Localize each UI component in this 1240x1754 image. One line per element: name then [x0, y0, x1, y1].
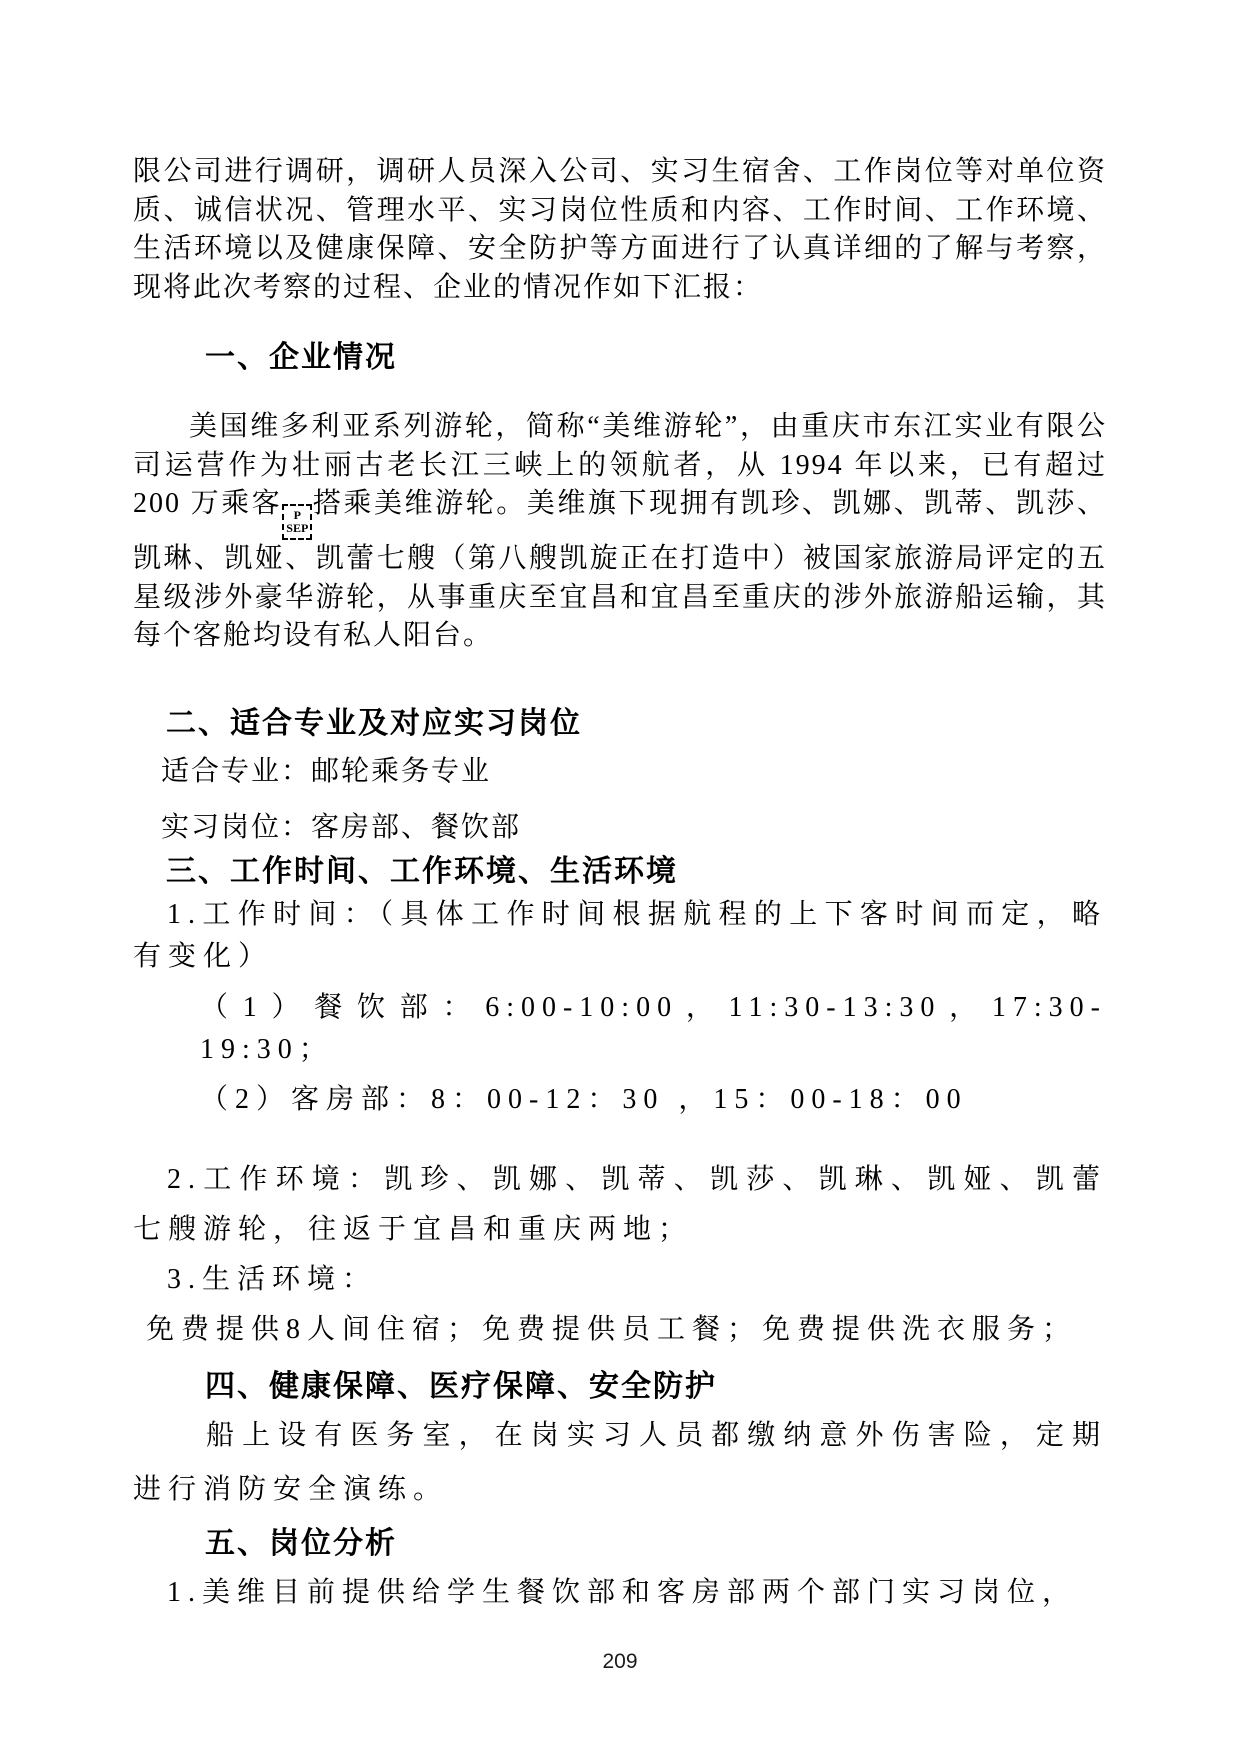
work-environment-item: 2.工作环境：凯珍、凯娜、凯蒂、凯莎、凯琳、凯娅、凯蕾七艘游轮，往返于宜昌和重庆… [133, 1155, 1107, 1255]
section-4-paragraph: 船上设有医务室，在岗实习人员都缴纳意外伤害险，定期进行消防安全演练。 [133, 1409, 1107, 1517]
internship-post-line: 实习岗位：客房部、餐饮部 [133, 809, 1107, 848]
document-content: 限公司进行调研，调研人员深入公司、实习生宿舍、工作岗位等对单位资质、诚信状况、管… [133, 0, 1107, 1618]
page-separator-sep-label: SEP [286, 522, 308, 535]
section-5-heading: 五、岗位分析 [205, 1529, 1107, 1559]
section-5-paragraph: 1.美维目前提供给学生餐饮部和客房部两个部门实习岗位， [133, 1568, 1107, 1618]
section-2-heading: 二、适合专业及对应实习岗位 [166, 709, 1107, 739]
section-4-heading: 四、健康保障、医疗保障、安全防护 [205, 1372, 1107, 1402]
dining-dept-hours-line: （1）餐饮部：6:00-10:00，11:30-13:30，17:30-19:3… [133, 987, 1107, 1071]
section-3-heading: 三、工作时间、工作环境、生活环境 [166, 857, 1107, 887]
page-separator-marker: PSEP [282, 504, 312, 540]
section-1-heading: 一、企业情况 [205, 343, 1107, 373]
page-number: 209 [0, 1650, 1240, 1674]
document-page: 限公司进行调研，调研人员深入公司、实习生宿舍、工作岗位等对单位资质、诚信状况、管… [0, 0, 1240, 1754]
living-environment-item: 3.生活环境： [133, 1255, 1107, 1305]
section-1-paragraph: 美国维多利亚系列游轮，简称“美维游轮”，由重庆市东江实业有限公司运营作为壮丽古老… [133, 408, 1107, 656]
living-environment-detail-line: 免费提供8人间住宿；免费提供员工餐；免费提供洗衣服务； [133, 1305, 1107, 1355]
work-time-item: 1.工作时间：（具体工作时间根据航程的上下客时间而定，略有变化） [133, 894, 1107, 978]
housekeeping-dept-hours-line: （2）客房部：8：00-12：30 ，15：00-18：00 [133, 1079, 1107, 1121]
intro-paragraph: 限公司进行调研，调研人员深入公司、实习生宿舍、工作岗位等对单位资质、诚信状况、管… [133, 153, 1107, 307]
suitable-major-line: 适合专业：邮轮乘务专业 [133, 753, 1107, 792]
